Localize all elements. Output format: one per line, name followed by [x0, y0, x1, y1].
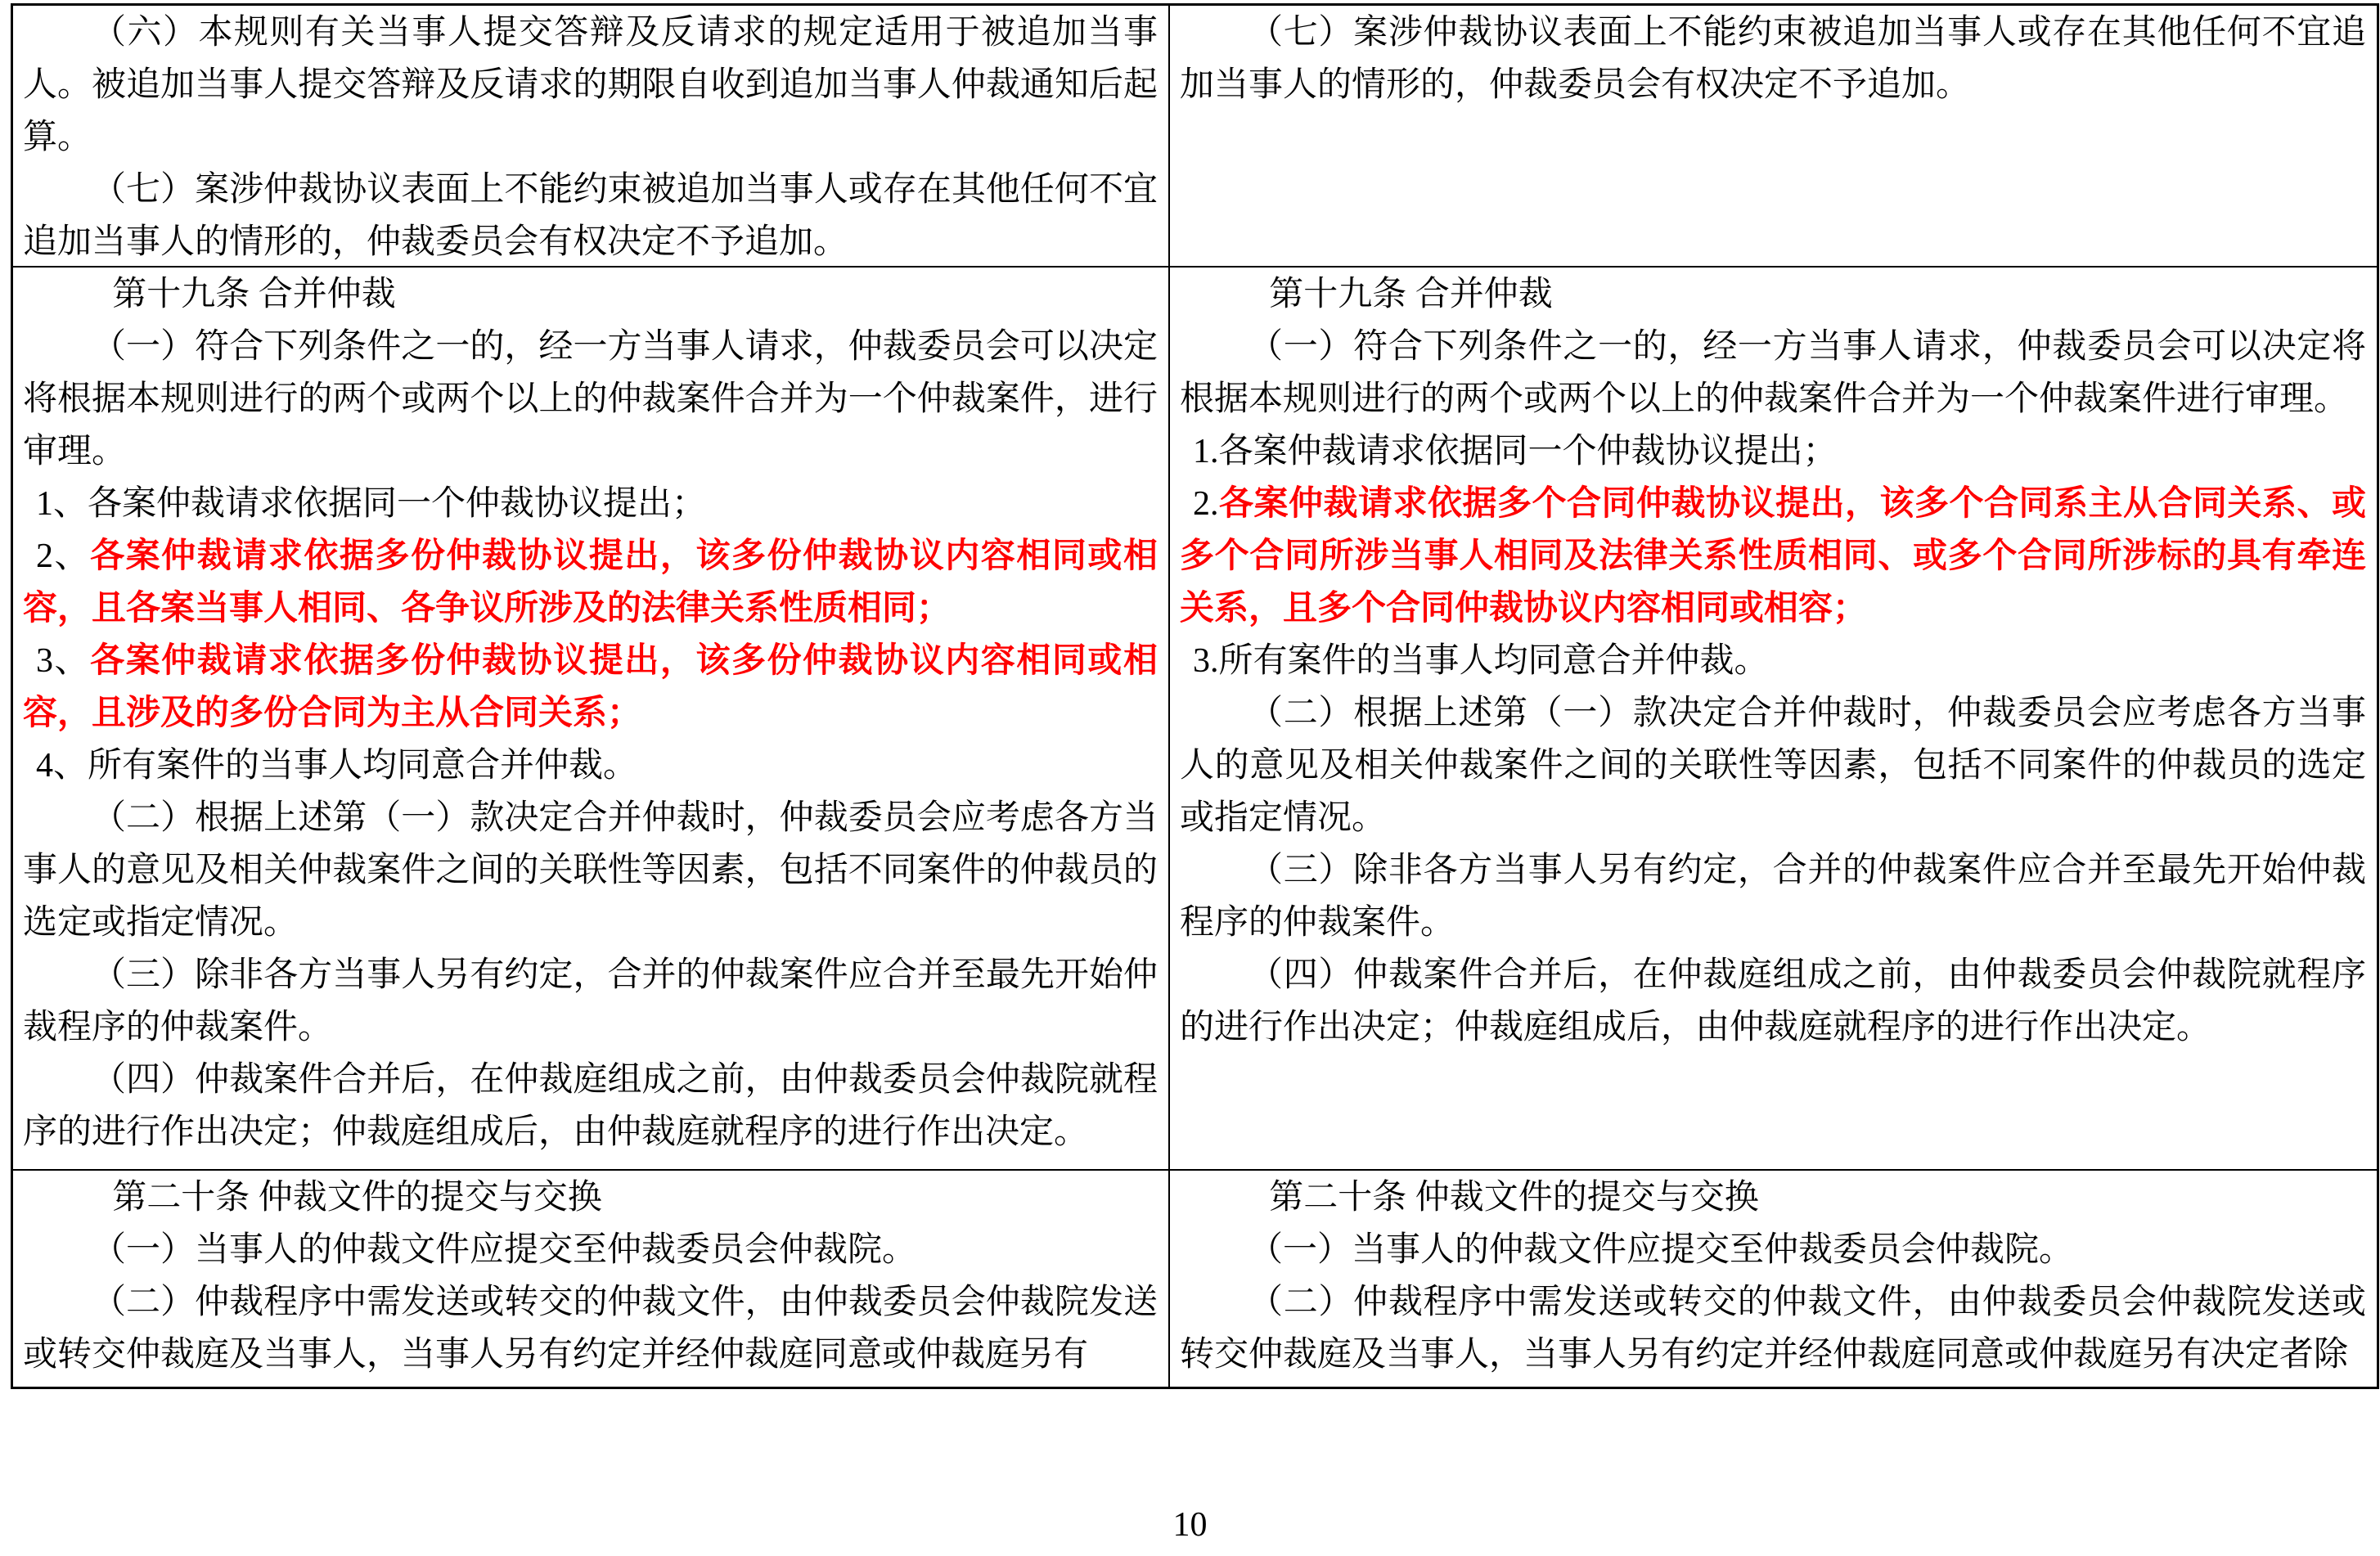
rule-text: （一）当事人的仲裁文件应提交至仲裁委员会仲裁院。 [1248, 1231, 2073, 1269]
rule-paragraph: （六）本规则有关当事人提交答辩及反请求的规定适用于被追加当事人。被追加当事人提交… [23, 7, 1158, 164]
rule-paragraph: （二）根据上述第（一）款决定合并仲裁时，仲裁委员会应考虑各方当事人的意见及相关仲… [1180, 687, 2366, 844]
rule-text: （一）符合下列条件之一的，经一方当事人请求，仲裁委员会可以决定将根据本规则进行的… [1180, 328, 2366, 418]
rules-comparison-table: （六）本规则有关当事人提交答辩及反请求的规定适用于被追加当事人。被追加当事人提交… [11, 3, 2379, 1389]
rule-paragraph: （二）仲裁程序中需发送或转交的仲裁文件，由仲裁委员会仲裁院发送或转交仲裁庭及当事… [23, 1276, 1158, 1381]
article-heading: 第十九条 合并仲裁 [1180, 268, 2366, 321]
page-number: 10 [0, 1505, 2380, 1545]
rule-cell-r3c1: 第二十条 仲裁文件的提交与交换（一）当事人的仲裁文件应提交至仲裁委员会仲裁院。（… [13, 1171, 1170, 1387]
rule-text: 1.各案仲裁请求依据同一个仲裁协议提出； [1193, 433, 1838, 470]
rule-text: （一）当事人的仲裁文件应提交至仲裁委员会仲裁院。 [92, 1231, 916, 1269]
rule-paragraph: （一）符合下列条件之一的，经一方当事人请求，仲裁委员会可以决定将根据本规则进行的… [1180, 321, 2366, 425]
rule-paragraph: 1、各案仲裁请求依据同一个仲裁协议提出； [23, 478, 1158, 530]
rule-paragraph: 1.各案仲裁请求依据同一个仲裁协议提出； [1180, 425, 2366, 478]
rule-text: 第二十条 仲裁文件的提交与交换 [1269, 1179, 1759, 1216]
rule-paragraph: （二）根据上述第（一）款决定合并仲裁时，仲裁委员会应考虑各方当事人的意见及相关仲… [23, 792, 1158, 949]
rule-text: （六）本规则有关当事人提交答辩及反请求的规定适用于被追加当事人。被追加当事人提交… [23, 14, 1158, 156]
rule-text: 第十九条 合并仲裁 [1269, 276, 1553, 313]
rule-text: 第十九条 合并仲裁 [112, 276, 396, 313]
rule-paragraph: （一）当事人的仲裁文件应提交至仲裁委员会仲裁院。 [23, 1224, 1158, 1276]
rule-paragraph: 4、所有案件的当事人均同意合并仲裁。 [23, 740, 1158, 792]
rule-cell-r3c2: 第二十条 仲裁文件的提交与交换（一）当事人的仲裁文件应提交至仲裁委员会仲裁院。（… [1170, 1171, 2377, 1387]
rule-cell-r1c2: （七）案涉仲裁协议表面上不能约束被追加当事人或存在其他任何不宜追加当事人的情形的… [1170, 6, 2377, 268]
rule-text: （三）除非各方当事人另有约定，合并的仲裁案件应合并至最先开始仲裁程序的仲裁案件。 [1180, 852, 2366, 942]
rule-paragraph: （一）符合下列条件之一的，经一方当事人请求，仲裁委员会可以决定将根据本规则进行的… [23, 321, 1158, 478]
article-heading: 第十九条 合并仲裁 [23, 268, 1158, 321]
rule-text: 第二十条 仲裁文件的提交与交换 [112, 1179, 602, 1216]
article-heading: 第二十条 仲裁文件的提交与交换 [23, 1171, 1158, 1224]
rule-text: （二）根据上述第（一）款决定合并仲裁时，仲裁委员会应考虑各方当事人的意见及相关仲… [23, 799, 1158, 942]
rule-cell-r2c2: 第十九条 合并仲裁（一）符合下列条件之一的，经一方当事人请求，仲裁委员会可以决定… [1170, 268, 2377, 1171]
rule-text: （二）仲裁程序中需发送或转交的仲裁文件，由仲裁委员会仲裁院发送或转交仲裁庭及当事… [1180, 1284, 2366, 1374]
rule-paragraph: （四）仲裁案件合并后，在仲裁庭组成之前，由仲裁委员会仲裁院就程序的进行作出决定；… [23, 1054, 1158, 1158]
rule-text: （一）符合下列条件之一的，经一方当事人请求，仲裁委员会可以决定将根据本规则进行的… [23, 328, 1158, 470]
rule-text: 2. [1193, 485, 1219, 523]
rule-cell-r2c1: 第十九条 合并仲裁（一）符合下列条件之一的，经一方当事人请求，仲裁委员会可以决定… [13, 268, 1170, 1171]
rule-text: （三）除非各方当事人另有约定，合并的仲裁案件应合并至最先开始仲裁程序的仲裁案件。 [23, 956, 1158, 1046]
rule-text: （七）案涉仲裁协议表面上不能约束被追加当事人或存在其他任何不宜追加当事人的情形的… [1180, 14, 2366, 104]
rule-text: 3.所有案件的当事人均同意合并仲裁。 [1193, 642, 1769, 680]
rule-cell-r1c1: （六）本规则有关当事人提交答辩及反请求的规定适用于被追加当事人。被追加当事人提交… [13, 6, 1170, 268]
rule-text: （七）案涉仲裁协议表面上不能约束被追加当事人或存在其他任何不宜追加当事人的情形的… [23, 171, 1158, 261]
rule-paragraph: （二）仲裁程序中需发送或转交的仲裁文件，由仲裁委员会仲裁院发送或转交仲裁庭及当事… [1180, 1276, 2366, 1381]
document-page: （六）本规则有关当事人提交答辩及反请求的规定适用于被追加当事人。被追加当事人提交… [0, 0, 2380, 1556]
rule-text: 4、所有案件的当事人均同意合并仲裁。 [36, 747, 637, 785]
revised-text: 各案仲裁请求依据多个合同仲裁协议提出，该多个合同系主从合同关系、或多个合同所涉当… [1180, 485, 2366, 627]
rule-text: （四）仲裁案件合并后，在仲裁庭组成之前，由仲裁委员会仲裁院就程序的进行作出决定；… [23, 1061, 1158, 1151]
rule-paragraph: （三）除非各方当事人另有约定，合并的仲裁案件应合并至最先开始仲裁程序的仲裁案件。 [1180, 844, 2366, 949]
rule-paragraph: 2、各案仲裁请求依据多份仲裁协议提出，该多份仲裁协议内容相同或相容，且各案当事人… [23, 530, 1158, 635]
rule-paragraph: 2.各案仲裁请求依据多个合同仲裁协议提出，该多个合同系主从合同关系、或多个合同所… [1180, 478, 2366, 635]
rule-paragraph: （三）除非各方当事人另有约定，合并的仲裁案件应合并至最先开始仲裁程序的仲裁案件。 [23, 949, 1158, 1054]
revised-text: 各案仲裁请求依据多份仲裁协议提出，该多份仲裁协议内容相同或相容，且各案当事人相同… [23, 537, 1158, 627]
rule-text: （二）根据上述第（一）款决定合并仲裁时，仲裁委员会应考虑各方当事人的意见及相关仲… [1180, 695, 2366, 837]
rule-text: 2、 [36, 537, 90, 575]
rule-text: （四）仲裁案件合并后，在仲裁庭组成之前，由仲裁委员会仲裁院就程序的进行作出决定；… [1180, 956, 2366, 1046]
rule-paragraph: （四）仲裁案件合并后，在仲裁庭组成之前，由仲裁委员会仲裁院就程序的进行作出决定；… [1180, 949, 2366, 1054]
rule-text: 1、各案仲裁请求依据同一个仲裁协议提出； [36, 485, 706, 523]
rule-paragraph: （一）当事人的仲裁文件应提交至仲裁委员会仲裁院。 [1180, 1224, 2366, 1276]
article-heading: 第二十条 仲裁文件的提交与交换 [1180, 1171, 2366, 1224]
revised-text: 各案仲裁请求依据多份仲裁协议提出，该多份仲裁协议内容相同或相容，且涉及的多份合同… [23, 642, 1158, 732]
rule-text: 3、 [36, 642, 90, 680]
rule-paragraph: 3.所有案件的当事人均同意合并仲裁。 [1180, 635, 2366, 687]
rule-paragraph: （七）案涉仲裁协议表面上不能约束被追加当事人或存在其他任何不宜追加当事人的情形的… [23, 164, 1158, 268]
rule-paragraph: （七）案涉仲裁协议表面上不能约束被追加当事人或存在其他任何不宜追加当事人的情形的… [1180, 7, 2366, 111]
rule-text: （二）仲裁程序中需发送或转交的仲裁文件，由仲裁委员会仲裁院发送或转交仲裁庭及当事… [23, 1284, 1158, 1374]
rule-paragraph: 3、各案仲裁请求依据多份仲裁协议提出，该多份仲裁协议内容相同或相容，且涉及的多份… [23, 635, 1158, 740]
